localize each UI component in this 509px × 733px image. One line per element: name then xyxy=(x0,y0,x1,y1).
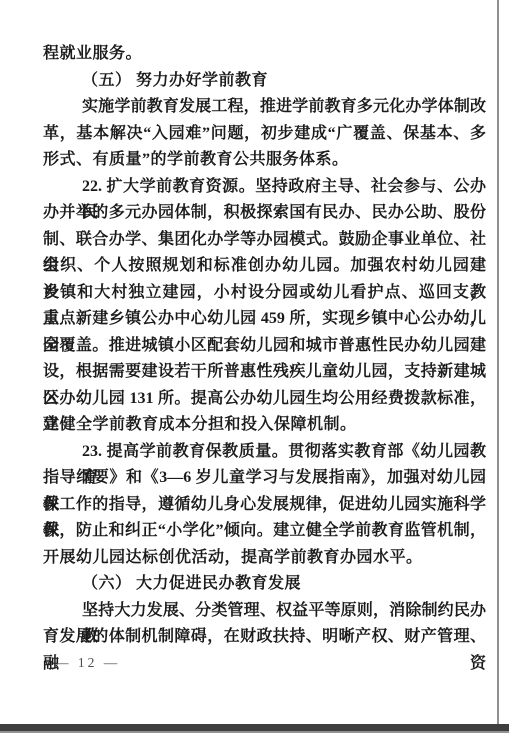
text-line: 重点新建乡镇公办中心幼儿园 459 所，实现乡镇中心公办幼儿园 xyxy=(43,306,486,333)
text-line: 教工作的指导，遵循幼儿身心发展规律，促进幼儿园实施科学保 xyxy=(43,492,486,519)
text-line: （六） 大力促进民办教育发展 xyxy=(43,571,486,598)
text-line: 指导纲要》和《3—6 岁儿童学习与发展指南》，加强对幼儿园保 xyxy=(43,465,486,492)
text-line: 实施学前教育发展工程，推进学前教育多元化办学体制改 xyxy=(43,94,486,121)
text-line: 形式、有质量”的学前教育公共服务体系。 xyxy=(43,147,486,174)
text-line: 22. 扩大学前教育资源。坚持政府主导、社会参与、公办民 xyxy=(43,174,486,201)
text-line: 公办幼儿园 131 所。提高公办幼儿园生均公用经费拨款标准，建 xyxy=(43,386,486,413)
scan-edge-right-line xyxy=(497,0,499,725)
text-line: 立健全学前教育成本分担和投入保障机制。 xyxy=(43,412,486,439)
scan-shadow-bottom xyxy=(0,724,509,731)
text-line: 制、联合办学、集团化办学等办园模式。鼓励企事业单位、社会 xyxy=(43,227,486,254)
document-text: 程就业服务。（五） 努力办好学前教育实施学前教育发展工程，推进学前教育多元化办学… xyxy=(43,41,486,651)
text-line: 革，基本解决“入园难”问题，初步建成“广覆盖、保基本、多 xyxy=(43,121,486,148)
page-number: — 12 — xyxy=(55,655,120,671)
text-line: 育发展的体制机制障碍，在财政扶持、明晰产权、财产管理、融资 xyxy=(43,624,486,651)
text-line: 办并举的多元办园体制，积极探索国有民办、民办公助、股份 xyxy=(43,200,486,227)
text-line: 23. 提高学前教育保教质量。贯彻落实教育部《幼儿园教育 xyxy=(43,439,486,466)
document-page: 程就业服务。（五） 努力办好学前教育实施学前教育发展工程，推进学前教育多元化办学… xyxy=(0,0,509,733)
text-line: （五） 努力办好学前教育 xyxy=(43,68,486,95)
text-line: 程就业服务。 xyxy=(43,41,486,68)
text-line: 坚持大力发展、分类管理、权益平等原则，消除制约民办教 xyxy=(43,598,486,625)
text-line: 组织、个人按照规划和标准创办幼儿园。加强农村幼儿园建设， xyxy=(43,253,486,280)
text-line: 乡镇和大村独立建园，小村设分园或幼儿看护点、巡回支教点， xyxy=(43,280,486,307)
text-line: 全覆盖。推进城镇小区配套幼儿园和城市普惠性民办幼儿园建 xyxy=(43,333,486,360)
text-line: 开展幼儿园达标创优活动，提高学前教育办园水平。 xyxy=(43,545,486,572)
text-line: 设，根据需要建设若干所普惠性残疾儿童幼儿园，支持新建城区 xyxy=(43,359,486,386)
text-line: 教，防止和纠正“小学化”倾向。建立健全学前教育监管机制， xyxy=(43,518,486,545)
